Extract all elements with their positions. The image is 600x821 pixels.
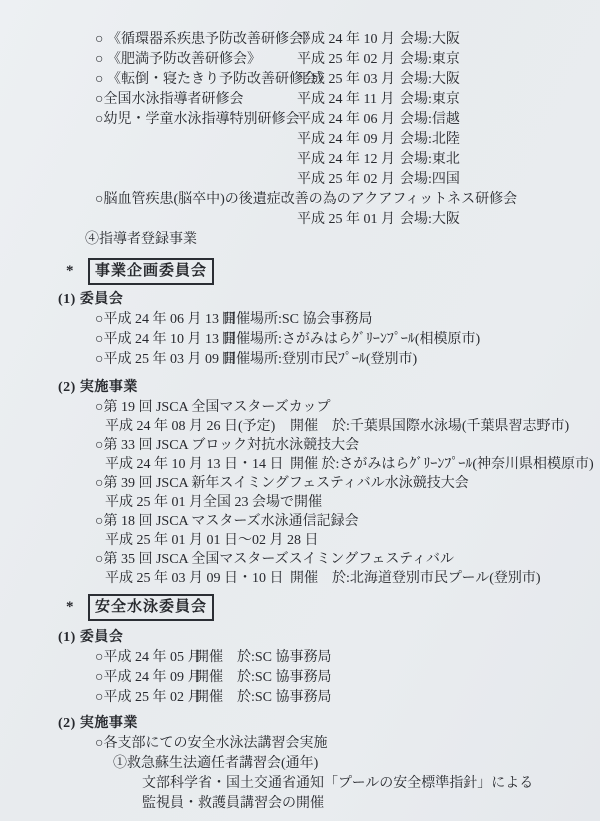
event-venue: 開催 於:さがみはらｸﾞﾘｰﾝﾌﾟｰﾙ(神奈川県相模原市) [290,457,594,472]
program-venue: 会場:大阪 [400,72,460,87]
planning-committee-section: *事業企画委員会 (1) 委員会 ○平成 24 年 06 月 13 日開催場所:… [0,258,600,588]
program-title: ○全国水泳指導者研修会 [95,90,297,110]
program-venue: 会場:東北 [400,152,460,167]
event-detail: 平成 24 年 10 月 13 日・14 日開催 於:さがみはらｸﾞﾘｰﾝﾌﾟｰ… [0,455,600,474]
event-name: ○第 33 回 JSCA ブロック対抗水泳競技大会 [0,436,600,455]
safety-item-line: ○各支部にての安全水泳法講習会実施 [0,734,600,754]
subheading-committee: (1) 委員会 [0,290,600,310]
program-date: 平成 25 年 03 月 [297,70,400,90]
program-title: ○ 《転倒・寝たきり予防改善研修会》 [95,70,297,90]
program-venue: 会場:東京 [400,52,460,67]
event-name: ○第 19 回 JSCA 全国マスターズカップ [0,398,600,417]
meeting-place: 開催場所:登別市民ﾌﾟｰﾙ(登別市) [222,352,417,367]
committee-title-box: 安全水泳委員会 [88,594,214,621]
aqua-program-title: ○脳血管疾患(脳卒中)の後遺症改善の為のアクアフィットネス研修会 [0,190,600,210]
event-venue: 開催 於:北海道登別市民プール(登別市) [290,571,541,586]
program-row: ○ 《循環器系疾患予防改善研修会》平成 24 年 10 月会場:大阪 [0,30,600,50]
event-detail: 平成 25 年 01 月全国 23 会場で開催 [0,493,600,512]
committee-header: *事業企画委員会 [0,258,600,284]
event-detail: 平成 24 年 08 月 26 日(予定)開催 於:千葉県国際水泳場(千葉県習志… [0,417,600,436]
program-row: 平成 24 年 12 月会場:東北 [0,150,600,170]
meeting-date: ○平成 24 年 09 月 [95,668,195,688]
committee-title-box: 事業企画委員会 [88,258,214,285]
event-detail: 平成 25 年 01 月 01 日〜02 月 28 日 [0,531,600,550]
program-title: ○ 《循環器系疾患予防改善研修会》 [95,30,297,50]
program-date: 平成 24 年 10 月 [297,30,400,50]
event-venue: 開催 於:千葉県国際水泳場(千葉県習志野市) [290,419,569,434]
event-name: ○第 39 回 JSCA 新年スイミングフェスティバル水泳競技大会 [0,474,600,493]
program-venue: 会場:四国 [400,172,460,187]
program-date: 平成 24 年 12 月 [297,150,400,170]
aqua-program-detail: 平成 25 年 01 月会場:大阪 [0,210,600,230]
meeting-place: 開催場所:SC 協会事務局 [222,312,373,327]
program-title: ○幼児・学童水泳指導特別研修会 [95,110,297,130]
program-date: 平成 24 年 11 月 [297,90,400,110]
meeting-row: ○平成 25 年 03 月 09 日開催場所:登別市民ﾌﾟｰﾙ(登別市) [0,350,600,370]
program-date: 平成 25 年 02 月 [297,170,400,190]
meeting-row: ○平成 24 年 06 月 13 日開催場所:SC 協会事務局 [0,310,600,330]
committee-header: *安全水泳委員会 [0,594,600,620]
program-row: 平成 24 年 09 月会場:北陸 [0,130,600,150]
safety-item-line: 文部科学省・国土交通省通知「プールの安全標準指針」による [0,774,600,794]
meeting-date: ○平成 24 年 05 月 [95,648,195,668]
subheading-committee: (1) 委員会 [0,628,600,648]
meeting-date: ○平成 25 年 03 月 09 日 [95,350,222,370]
program-row: ○全国水泳指導者研修会平成 24 年 11 月会場:東京 [0,90,600,110]
asterisk-marker: * [66,596,88,618]
event-date: 平成 25 年 03 月 09 日・10 日 [105,569,290,588]
scanned-document-page: ○ 《循環器系疾患予防改善研修会》平成 24 年 10 月会場:大阪 ○ 《肥満… [0,0,600,821]
program-row: ○幼児・学童水泳指導特別研修会平成 24 年 06 月会場:信越 [0,110,600,130]
program-venue: 会場:信越 [400,112,460,127]
program-date: 平成 25 年 02 月 [297,50,400,70]
event-name: ○第 18 回 JSCA マスターズ水泳通信記録会 [0,512,600,531]
program-venue: 会場:北陸 [400,132,460,147]
meeting-date: ○平成 24 年 10 月 13 日 [95,330,222,350]
meeting-row: ○平成 24 年 10 月 13 日開催場所:さがみはらｸﾞﾘｰﾝﾌﾟｰﾙ(相模… [0,330,600,350]
event-date: 平成 25 年 01 月 01 日〜02 月 28 日 [105,531,319,550]
program-date: 平成 24 年 09 月 [297,130,400,150]
meeting-place: 開催場所:さがみはらｸﾞﾘｰﾝﾌﾟｰﾙ(相模原市) [222,332,480,347]
meeting-place: 開催 於:SC 協事務局 [195,690,332,705]
event-date: 平成 24 年 10 月 13 日・14 日 [105,455,290,474]
event-date: 平成 25 年 01 月 [105,493,203,512]
subheading-projects: (2) 実施事業 [0,378,600,398]
asterisk-marker: * [66,260,88,282]
meeting-row: ○平成 24 年 09 月開催 於:SC 協事務局 [0,668,600,688]
safety-item-line: ①救急蘇生法適任者講習会(通年) [0,754,600,774]
program-row: ○ 《肥満予防改善研修会》平成 25 年 02 月会場:東京 [0,50,600,70]
program-date: 平成 24 年 06 月 [297,110,400,130]
safety-committee-section: *安全水泳委員会 (1) 委員会 ○平成 24 年 05 月開催 於:SC 協事… [0,594,600,814]
program-row: 平成 25 年 02 月会場:四国 [0,170,600,190]
event-detail: 平成 25 年 03 月 09 日・10 日開催 於:北海道登別市民プール(登別… [0,569,600,588]
program-venue: 会場:大阪 [400,32,460,47]
event-date: 平成 24 年 08 月 26 日(予定) [105,417,290,436]
meeting-date: ○平成 25 年 02 月 [95,688,195,708]
program-venue: 会場:東京 [400,92,460,107]
training-programs-section: ○ 《循環器系疾患予防改善研修会》平成 24 年 10 月会場:大阪 ○ 《肥満… [0,30,600,250]
program-title: ○ 《肥満予防改善研修会》 [95,50,297,70]
meeting-row: ○平成 25 年 02 月開催 於:SC 協事務局 [0,688,600,708]
subheading-projects: (2) 実施事業 [0,714,600,734]
program-venue: 会場:大阪 [400,212,460,227]
event-name: ○第 35 回 JSCA 全国マスターズスイミングフェスティバル [0,550,600,569]
meeting-date: ○平成 24 年 06 月 13 日 [95,310,222,330]
safety-item-line: 監視員・救護員講習会の開催 [0,794,600,814]
program-date: 平成 25 年 01 月 [297,210,400,230]
registration-item: ④指導者登録事業 [0,230,600,250]
event-venue: 全国 23 会場で開催 [203,495,322,510]
meeting-place: 開催 於:SC 協事務局 [195,670,332,685]
program-row: ○ 《転倒・寝たきり予防改善研修会》平成 25 年 03 月会場:大阪 [0,70,600,90]
meeting-place: 開催 於:SC 協事務局 [195,650,332,665]
meeting-row: ○平成 24 年 05 月開催 於:SC 協事務局 [0,648,600,668]
